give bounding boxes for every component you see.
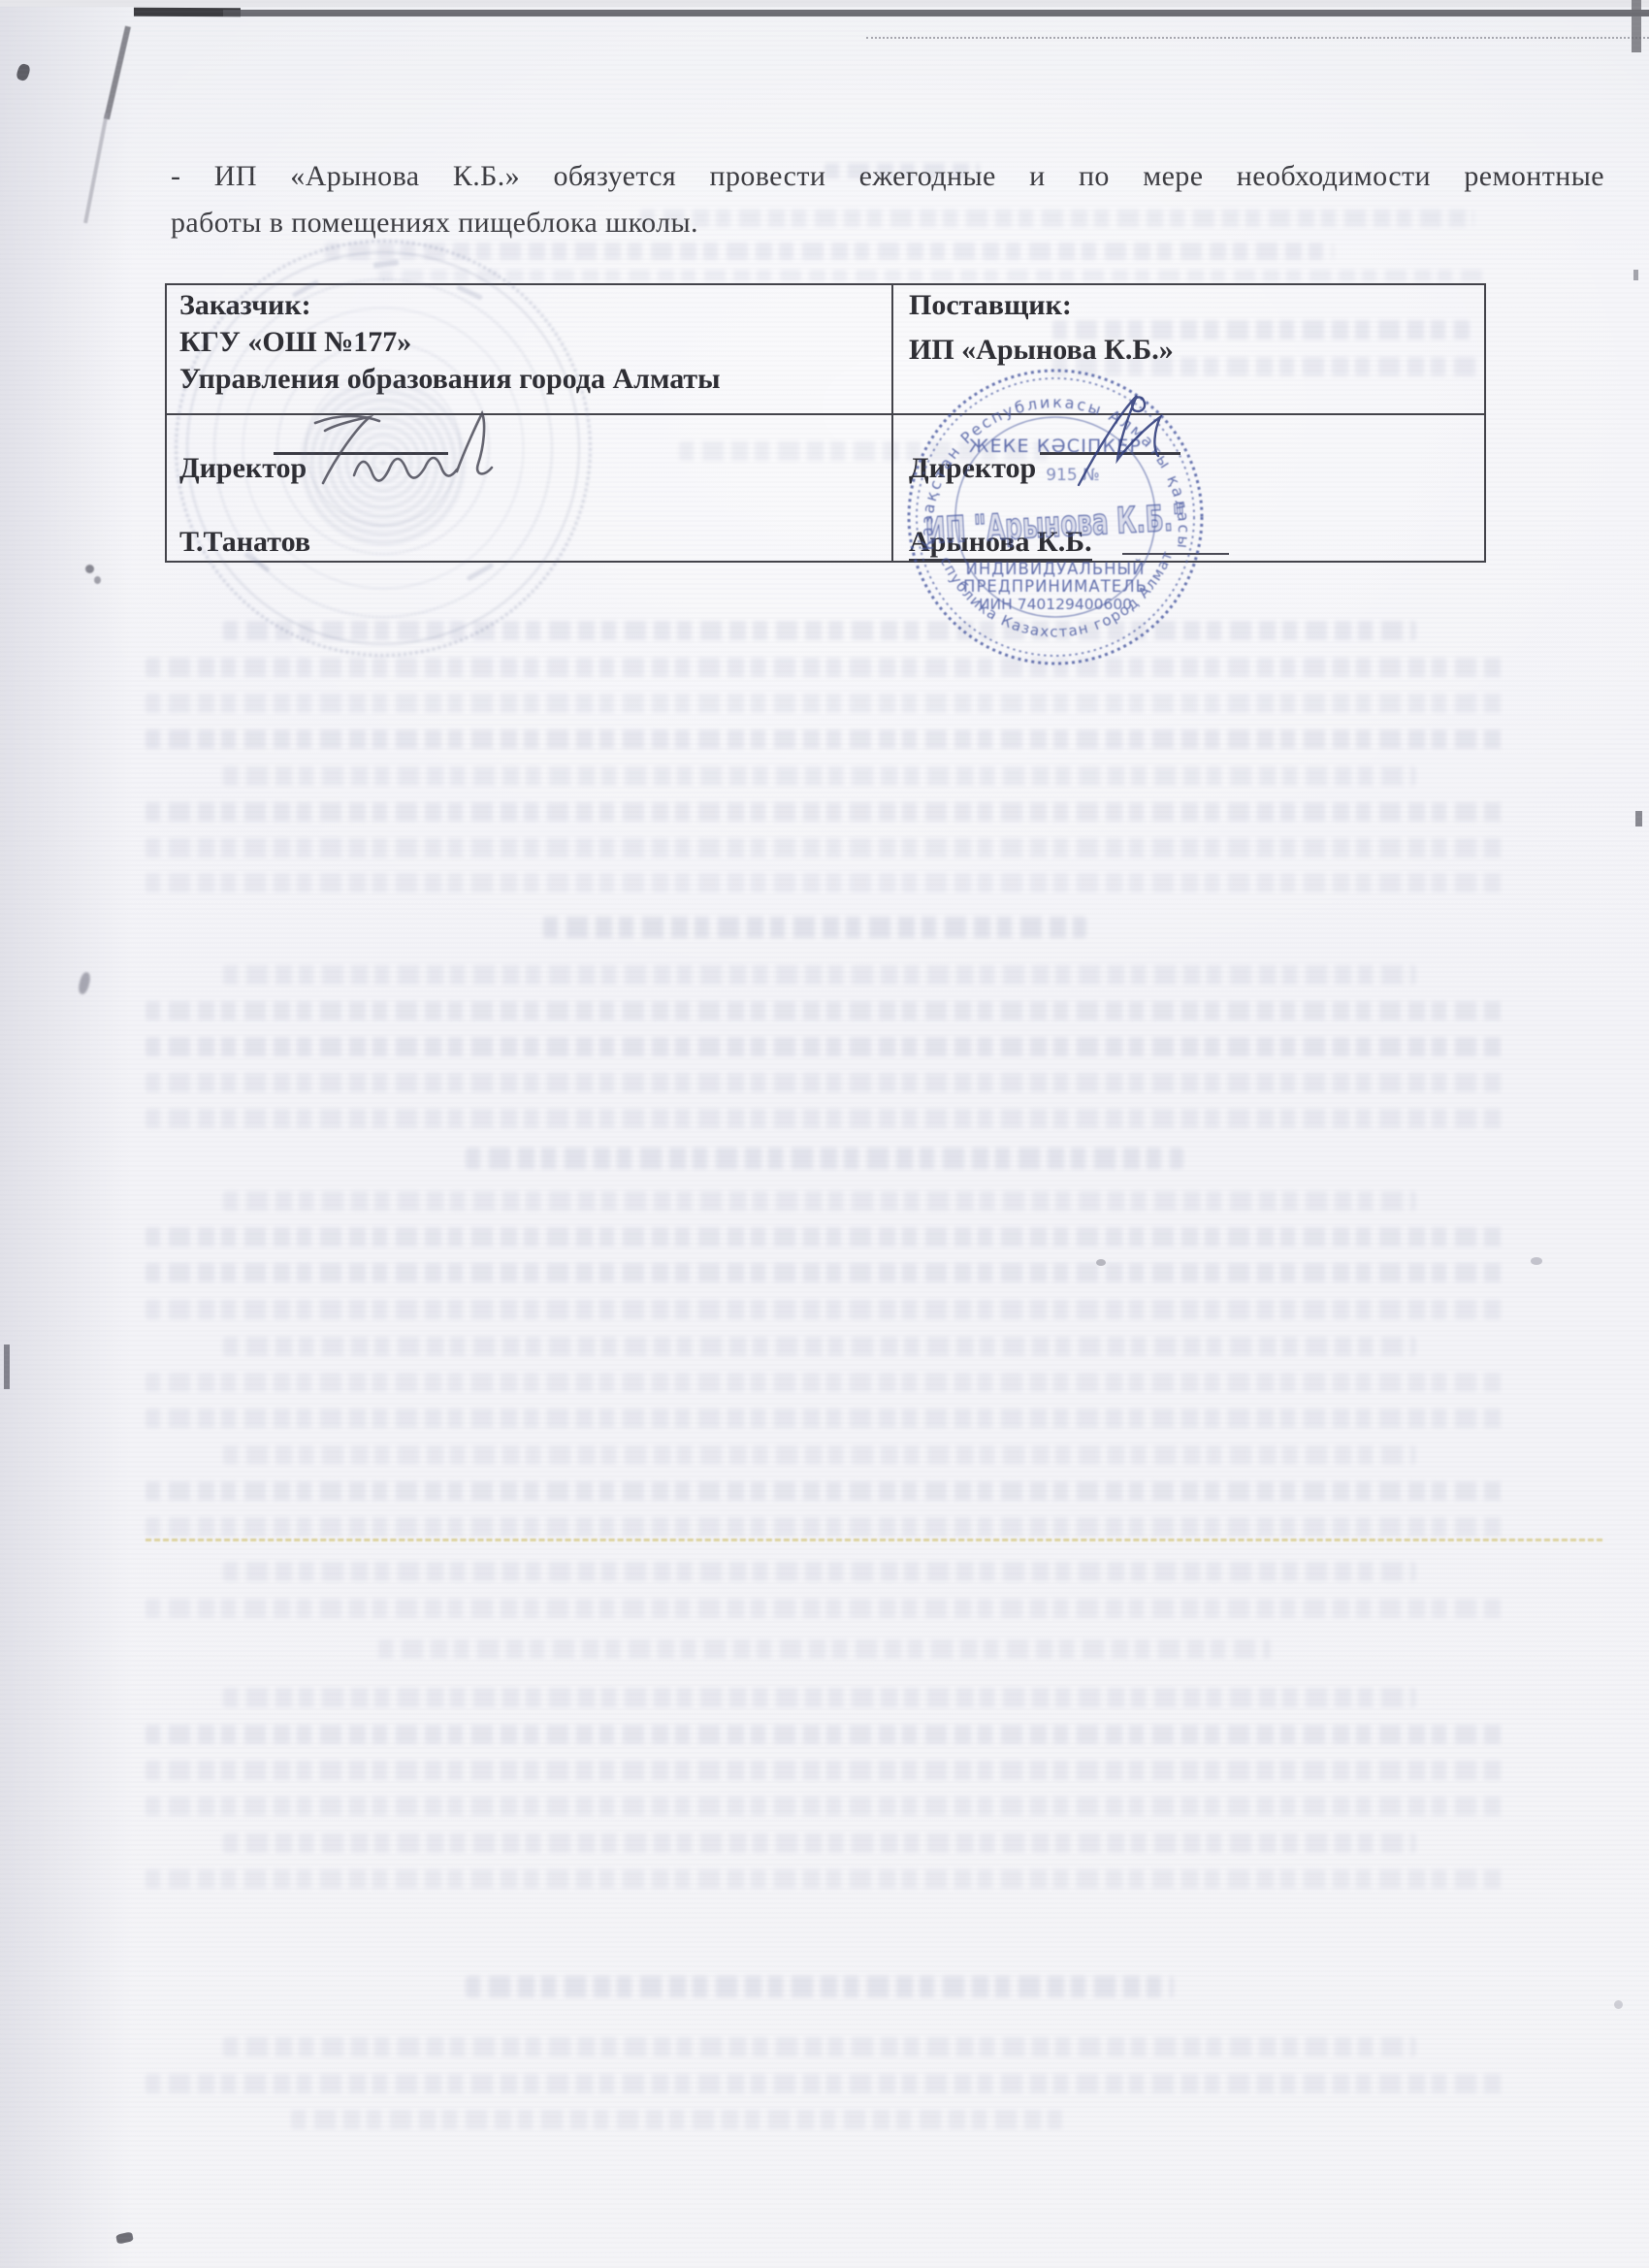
ghost-text-line [223, 1337, 1416, 1356]
ghost-text-line [145, 1263, 1503, 1282]
customer-title: Заказчик: [179, 289, 311, 322]
scan-top-dashed-line [866, 37, 1649, 39]
ghost-text-line [145, 1797, 1503, 1816]
edge-mark-7 [1635, 811, 1642, 826]
scan-left-edge-shade [0, 0, 155, 2268]
edge-mark-3 [94, 576, 101, 584]
edge-mark-5 [4, 1345, 10, 1389]
ghost-text-line [223, 1688, 1416, 1707]
yellow-highlight-line [145, 1539, 1602, 1541]
seal-texture [373, 259, 400, 269]
ghost-text-line [145, 1037, 1503, 1056]
ghost-text-line [145, 1109, 1503, 1128]
contract-clause-paragraph: - ИП «Арынова К.Б.» обязуется провести е… [171, 153, 1604, 246]
edge-mark-8 [1633, 270, 1638, 280]
ghost-text-line [145, 1409, 1503, 1428]
supplier-signature-line [1040, 452, 1180, 455]
ghost-text-line [223, 1833, 1416, 1853]
ghost-text-line [378, 270, 1484, 281]
ghost-text-line [145, 1869, 1503, 1889]
supplier-role-label: Директор [909, 452, 1036, 485]
speck-2 [1531, 1257, 1542, 1265]
seal-texture [467, 563, 494, 581]
ghost-text-line [145, 658, 1503, 677]
ghost-text-line [145, 873, 1503, 892]
table-row-divider [167, 413, 1484, 415]
ghost-text-line [378, 1639, 1271, 1659]
customer-signer-name: Т.Танатов [179, 526, 310, 559]
customer-org-line2: Управления образования города Алматы [179, 363, 721, 396]
scan-top-right-mark [1632, 0, 1641, 52]
ghost-text-line [145, 1517, 1503, 1537]
ghost-text-line [223, 1191, 1416, 1211]
table-column-divider [891, 285, 893, 561]
ghost-text-line [145, 1725, 1503, 1744]
ghost-text-line [145, 694, 1503, 713]
ghost-text-line [223, 1562, 1416, 1581]
speck-3 [1614, 2000, 1623, 2009]
ghost-text-line [466, 1148, 1183, 1169]
ghost-text-line [223, 2037, 1416, 2057]
ghost-text-line [145, 1073, 1503, 1092]
ghost-text-line [223, 766, 1416, 786]
edge-mark-2 [85, 565, 94, 573]
ghost-text-line [145, 802, 1503, 822]
ghost-text-line [291, 2110, 1067, 2129]
ghost-text-line [466, 1976, 1174, 1997]
signature-table: Заказчик: КГУ «ОШ №177» Управления образ… [165, 283, 1486, 563]
scan-top-light-band [0, 0, 1649, 7]
stamp-entrepreneur-line: ПРЕДПРИНИМАТЕЛЬ [963, 577, 1148, 596]
supplier-name-line-extension [1122, 553, 1229, 555]
clause-line-2: работы в помещениях пищеблока школы. [171, 200, 1604, 246]
ghost-text-line [145, 1761, 1503, 1780]
ghost-text-line [223, 965, 1416, 985]
ghost-text-line [223, 1445, 1416, 1465]
scan-top-dark-line [223, 10, 1649, 16]
ghost-text-line [543, 917, 1086, 938]
ghost-text-line [145, 1300, 1503, 1319]
supplier-title: Поставщик: [909, 289, 1072, 322]
ghost-text-line [145, 1599, 1503, 1618]
ghost-text-line [145, 1481, 1503, 1501]
ghost-text-line [145, 838, 1503, 858]
ghost-text-line [145, 1001, 1503, 1021]
ghost-text-line [145, 2074, 1503, 2093]
supplier-org-line1: ИП «Арынова К.Б.» [909, 334, 1174, 367]
ghost-text-line [145, 1227, 1503, 1247]
clause-line-1: - ИП «Арынова К.Б.» обязуется провести е… [171, 153, 1604, 200]
supplier-signer-name: Арынова К.Б. [909, 526, 1092, 562]
stamp-iin-line: ИИН 740129400600 [979, 596, 1132, 613]
ghost-text-line [145, 729, 1503, 749]
customer-org-line1: КГУ «ОШ №177» [179, 326, 411, 359]
scanned-contract-page: - ИП «Арынова К.Б.» обязуется провести е… [0, 0, 1649, 2268]
ghost-text-line [223, 621, 1416, 640]
customer-role-label: Директор [179, 452, 307, 485]
customer-signature-line [274, 452, 448, 455]
ghost-text-line [145, 1373, 1503, 1392]
